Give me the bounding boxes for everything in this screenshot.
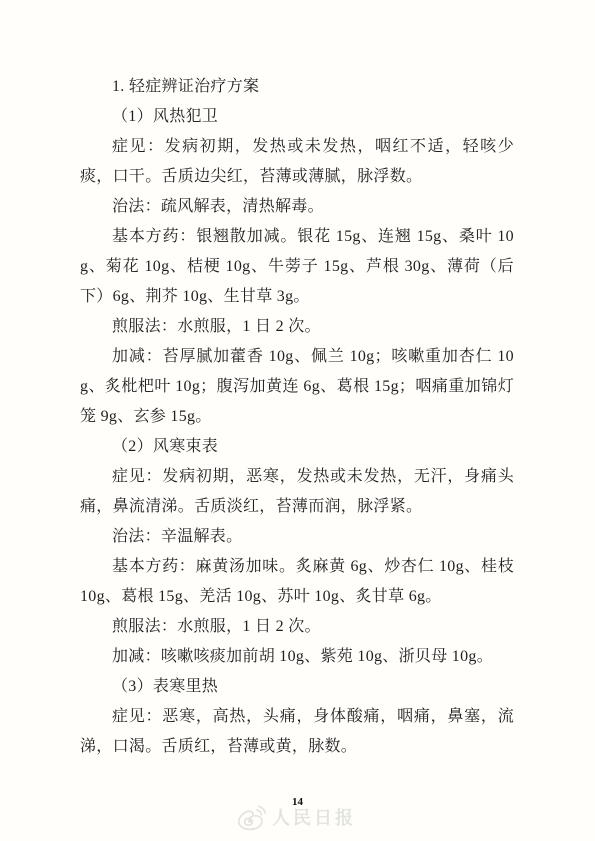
paragraph: 加减：咳嗽咳痰加前胡 10g、紫苑 10g、浙贝母 10g。 xyxy=(80,642,514,672)
paragraph: （1）风热犯卫 xyxy=(80,102,514,132)
paragraph: 基本方药：麻黄汤加味。炙麻黄 6g、炒杏仁 10g、桂枝 10g、葛根 15g、… xyxy=(80,552,514,612)
paragraph: （3）表寒里热 xyxy=(80,672,514,702)
page-number: 14 xyxy=(0,796,595,808)
paragraph: 症见：恶寒，高热，头痛，身体酸痛，咽痛，鼻塞，流涕，口渴。舌质红，苔薄或黄，脉数… xyxy=(80,702,514,762)
paragraph: 煎服法：水煎服，1 日 2 次。 xyxy=(80,612,514,642)
document-body: 1. 轻症辨证治疗方案（1）风热犯卫症见：发病初期，发热或未发热，咽红不适，轻咳… xyxy=(80,72,514,762)
paragraph: 加减：苔厚腻加藿香 10g、佩兰 10g；咳嗽重加杏仁 10g、炙枇杷叶 10g… xyxy=(80,342,514,432)
paragraph: 治法：辛温解表。 xyxy=(80,522,514,552)
paragraph: 1. 轻症辨证治疗方案 xyxy=(80,72,514,102)
paragraph: 症见：发病初期，恶寒，发热或未发热，无汗，身痛头痛，鼻流清涕。舌质淡红，苔薄而润… xyxy=(80,462,514,522)
document-page: 1. 轻症辨证治疗方案（1）风热犯卫症见：发病初期，发热或未发热，咽红不适，轻咳… xyxy=(0,0,595,841)
watermark: 人民日报 xyxy=(234,804,356,832)
paragraph: 症见：发病初期，发热或未发热，咽红不适，轻咳少痰，口干。舌质边尖红，苔薄或薄腻，… xyxy=(80,132,514,192)
paragraph: 煎服法：水煎服，1 日 2 次。 xyxy=(80,312,514,342)
weibo-icon xyxy=(234,804,266,832)
paragraph: （2）风寒束表 xyxy=(80,432,514,462)
watermark-text: 人民日报 xyxy=(272,809,356,827)
paragraph: 基本方药：银翘散加减。银花 15g、连翘 15g、桑叶 10g、菊花 10g、桔… xyxy=(80,222,514,312)
paragraph: 治法：疏风解表，清热解毒。 xyxy=(80,192,514,222)
